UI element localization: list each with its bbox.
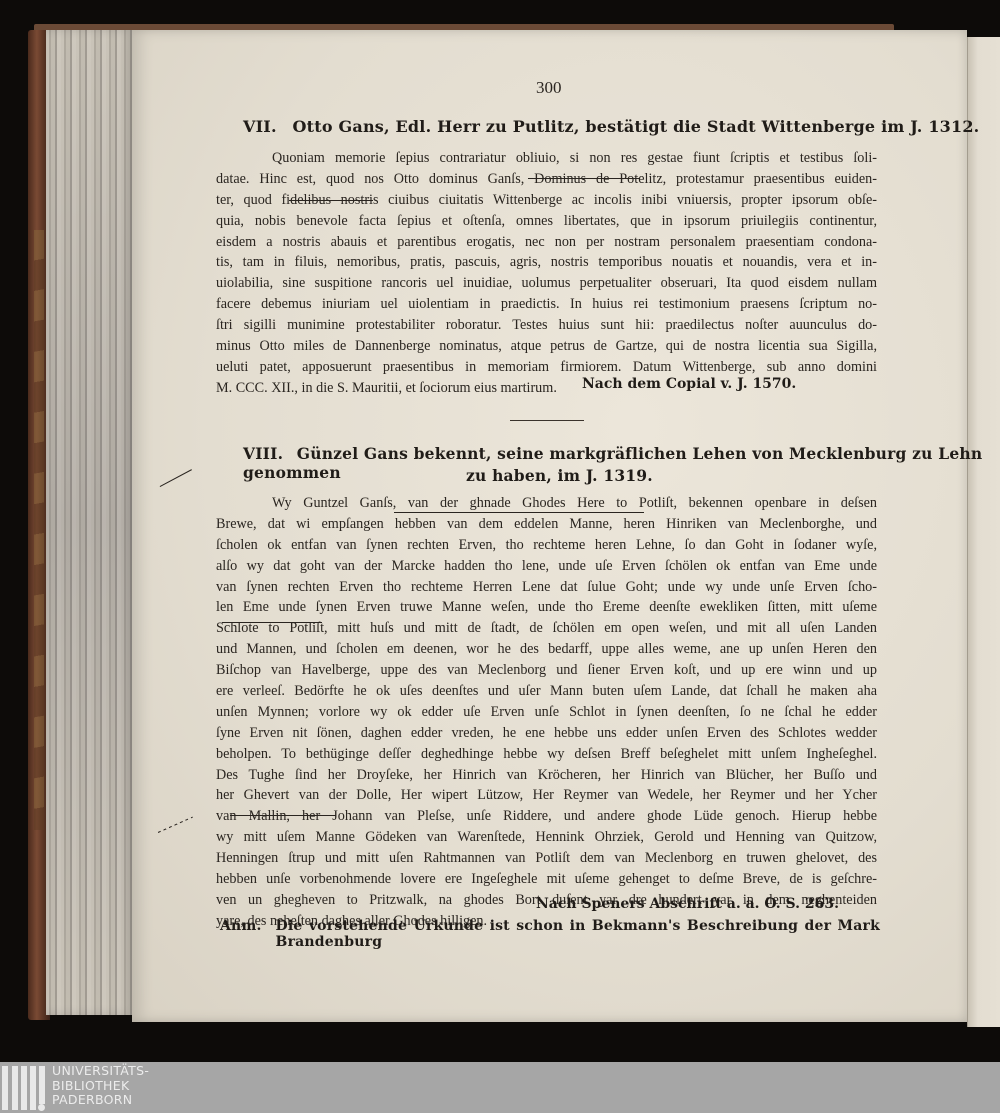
annotation-label: Anm. (220, 918, 262, 950)
section-vii-title: Otto Gans, Edl. Herr zu Putlitz, bestäti… (293, 117, 980, 136)
text-line: ſyne Erven nit ſönen, daghen edder vrede… (216, 723, 877, 744)
section-viii-body: Wy Guntzel Ganſs, van der ghnade Ghodes … (216, 493, 877, 932)
annotation-text: Die vorstehende Urkunde ist schon in Bek… (276, 918, 880, 950)
pencil-underline (222, 622, 322, 623)
text-line: alſo wy dat goht van der Marcke hadden t… (216, 556, 877, 577)
text-line: wy mitt uſem Manne Gödeken van Warenſted… (216, 827, 877, 848)
section-vii-heading: VII. Otto Gans, Edl. Herr zu Putlitz, be… (243, 117, 979, 136)
text-line: ere verleeſ. Bedörfte he ok uſes deenſte… (216, 681, 877, 702)
pencil-underline (289, 200, 373, 201)
logo-line-3: PADERBORN (52, 1093, 149, 1108)
section-viii-source: Nach Speners Abschrift a. a. O. S. 263. (536, 896, 839, 912)
text-line: tis, tam in filuis, nemoribus, pratis, p… (216, 252, 877, 273)
text-line: her Ghevert van der Dolle, Her wipert Lü… (216, 785, 877, 806)
section-viii-numeral: VIII. (243, 444, 283, 463)
text-line: Biſchop van Havelberge, uppe des van Mec… (216, 660, 877, 681)
section-divider (510, 420, 584, 421)
text-line: unſen Mynnen; vorlore wy ok edder uſe Er… (216, 702, 877, 723)
annotation-note: Anm. Die vorstehende Urkunde ist schon i… (220, 918, 880, 950)
section-vii-source: Nach dem Copial v. J. 1570. (582, 376, 796, 392)
text-line: van Mallin, her Johann van Pleſse, unſe … (216, 806, 877, 827)
text-line: quia, nobis benevole facta ſepius et oſt… (216, 211, 877, 232)
section-vii-numeral: VII. (243, 117, 277, 136)
text-line: len Eme unde ſynen Erven truwe Manne weſ… (216, 597, 877, 618)
text-line: facere debemus iniuriam uel uiolentiam i… (216, 294, 877, 315)
text-line: hebben unſe vorbenohmende lovere ere Ing… (216, 869, 877, 890)
library-logo-text: UNIVERSITÄTS- BIBLIOTHEK PADERBORN (52, 1064, 149, 1108)
text-line: van ſynen rechten Erven tho rechteme Her… (216, 577, 877, 598)
text-line: Brewe, dat wi empſangen hebben van dem e… (216, 514, 877, 535)
text-line: Des Tughe ſind her Droyſeke, her Hinrich… (216, 765, 877, 786)
text-line: ſcholen ok entfan van ſynen rechten Erve… (216, 535, 877, 556)
pencil-underline (528, 178, 640, 179)
text-line: Quoniam memorie ſepius contrariatur obli… (216, 148, 877, 169)
pencil-underline (520, 512, 644, 513)
text-line: uiolabilia, sine suspitione rancoris uel… (216, 273, 877, 294)
section-vii-body: Quoniam memorie ſepius contrariatur obli… (216, 148, 877, 399)
facing-page-edge (967, 37, 1000, 1027)
text-line: Henningen ſtrup und mitt uſen Rahtmannen… (216, 848, 877, 869)
library-footer-bar (0, 1062, 1000, 1113)
text-line: ueluti patet, apposuerunt praesentibus i… (216, 357, 877, 378)
text-line: datae. Hinc est, quod nos Otto dominus G… (216, 169, 877, 190)
pencil-underline (230, 815, 336, 816)
text-line: ſtri sigilli munimine protestabiliter ro… (216, 315, 877, 336)
page-number: 300 (536, 78, 562, 98)
text-line: beholpen. To bethüginge deſſer deghedhin… (216, 744, 877, 765)
text-line: minus Otto miles de Dannenberge nominatu… (216, 336, 877, 357)
logo-line-2: BIBLIOTHEK (52, 1079, 149, 1094)
library-logo-dot (38, 1104, 45, 1111)
text-line: Wy Guntzel Ganſs, van der ghnade Ghodes … (216, 493, 877, 514)
book-page-edges (46, 30, 134, 1015)
text-line: und Mannen, und ſcholen em deenen, wor h… (216, 639, 877, 660)
section-viii-title-line2: zu haben, im J. 1319. (466, 466, 653, 485)
logo-line-1: UNIVERSITÄTS- (52, 1064, 149, 1079)
text-line: eisdem a nostris abauis et parentibus er… (216, 232, 877, 253)
